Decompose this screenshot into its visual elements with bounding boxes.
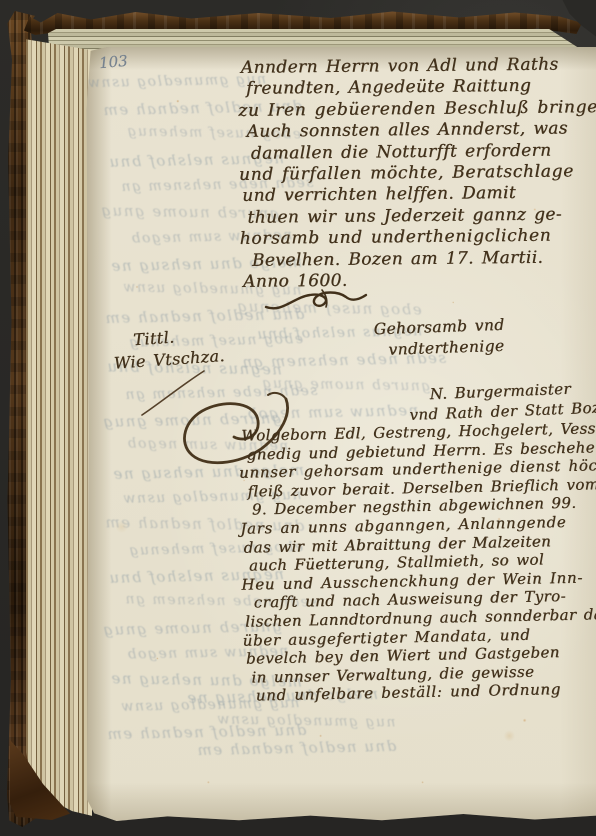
margin-note: Tittl. Wie Vtschza. xyxy=(107,323,226,375)
header-line: und fürfallen möchte, Beratschlage xyxy=(239,161,594,186)
header-paragraph: Anndern Herrn von Adl und Raths freundte… xyxy=(241,54,595,293)
manuscript-page: nug gmunedlog usnw dnu nedlof nednah em … xyxy=(86,47,596,821)
closing-formula: Gehorsamb vnd vndterthenige xyxy=(373,315,505,362)
manuscript-photo: nug gmunedlog usnw dnu nedlof nednah em … xyxy=(0,0,596,836)
page-edge-stack-left xyxy=(26,33,92,819)
header-line: Auch sonnsten alles Annderst, was xyxy=(246,118,593,143)
ink-layer: 103 Anndern Herrn von Adl und Raths freu… xyxy=(86,47,596,821)
closing-line: vndterthenige xyxy=(388,336,506,361)
signature-block: N. Burgermaister vnd Rath der Statt Boze… xyxy=(403,377,596,425)
page-number: 103 xyxy=(98,52,128,72)
body-paragraph: Wolgeborn Edl, Gestreng, Hochgelert, Ves… xyxy=(241,419,596,705)
etcetera-flourish-icon xyxy=(264,287,368,317)
header-line: horsamb und underthenigclichen xyxy=(240,225,595,250)
header-line: Anndern Herrn von Adl und Raths xyxy=(241,54,593,79)
